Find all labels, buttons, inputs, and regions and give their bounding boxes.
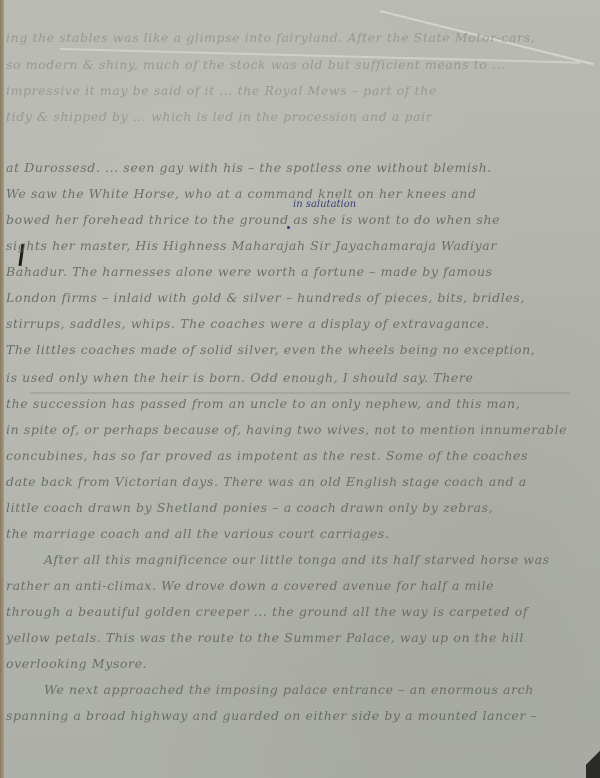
text-line: the succession has passed from an uncle …	[6, 396, 590, 411]
text-line: overlooking Mysore.	[6, 656, 590, 671]
text-line: through a beautiful golden creeper ... t…	[6, 604, 590, 619]
manuscript-page: ing the stables was like a glimpse into …	[0, 0, 600, 778]
text-line: the marriage coach and all the various c…	[6, 526, 590, 541]
text-line: little coach drawn by Shetland ponies – …	[6, 500, 590, 515]
text-line: impressive it may be said of it ... the …	[6, 83, 590, 98]
insertion-caret-mark	[287, 226, 290, 229]
text-line: yellow petals. This was the route to the…	[6, 630, 590, 645]
text-line: at Durossesd. ... seen gay with his – th…	[6, 160, 590, 175]
blue-ink-insertion: in salutation	[293, 199, 356, 210]
text-line: concubines, has so far proved as impoten…	[6, 448, 590, 463]
text-line: date back from Victorian days. There was…	[6, 474, 590, 489]
text-line: After all this magnificence our little t…	[6, 552, 590, 567]
text-line: stirrups, saddles, whips. The coaches we…	[6, 316, 590, 331]
handwritten-text: ing the stables was like a glimpse into …	[0, 0, 600, 778]
text-line: ing the stables was like a glimpse into …	[6, 30, 590, 45]
text-line: sights her master, His Highness Maharaja…	[6, 238, 590, 253]
text-line: so modern & shiny, much of the stock was…	[6, 57, 590, 72]
text-line: rather an anti-climax. We drove down a c…	[6, 578, 590, 593]
text-line: bowed her forehead thrice to the ground …	[6, 212, 590, 227]
text-line: spanning a broad highway and guarded on …	[6, 708, 590, 723]
text-line: The littles coaches made of solid silver…	[6, 342, 590, 357]
text-line: Bahadur. The harnesses alone were worth …	[6, 264, 590, 279]
text-line: in spite of, or perhaps because of, havi…	[6, 422, 590, 437]
text-line: tidy & shipped by ... which is led in th…	[6, 109, 590, 124]
text-line: is used only when the heir is born. Odd …	[6, 370, 590, 385]
text-line: London firms – inlaid with gold & silver…	[6, 290, 590, 305]
text-line: We next approached the imposing palace e…	[6, 682, 590, 697]
